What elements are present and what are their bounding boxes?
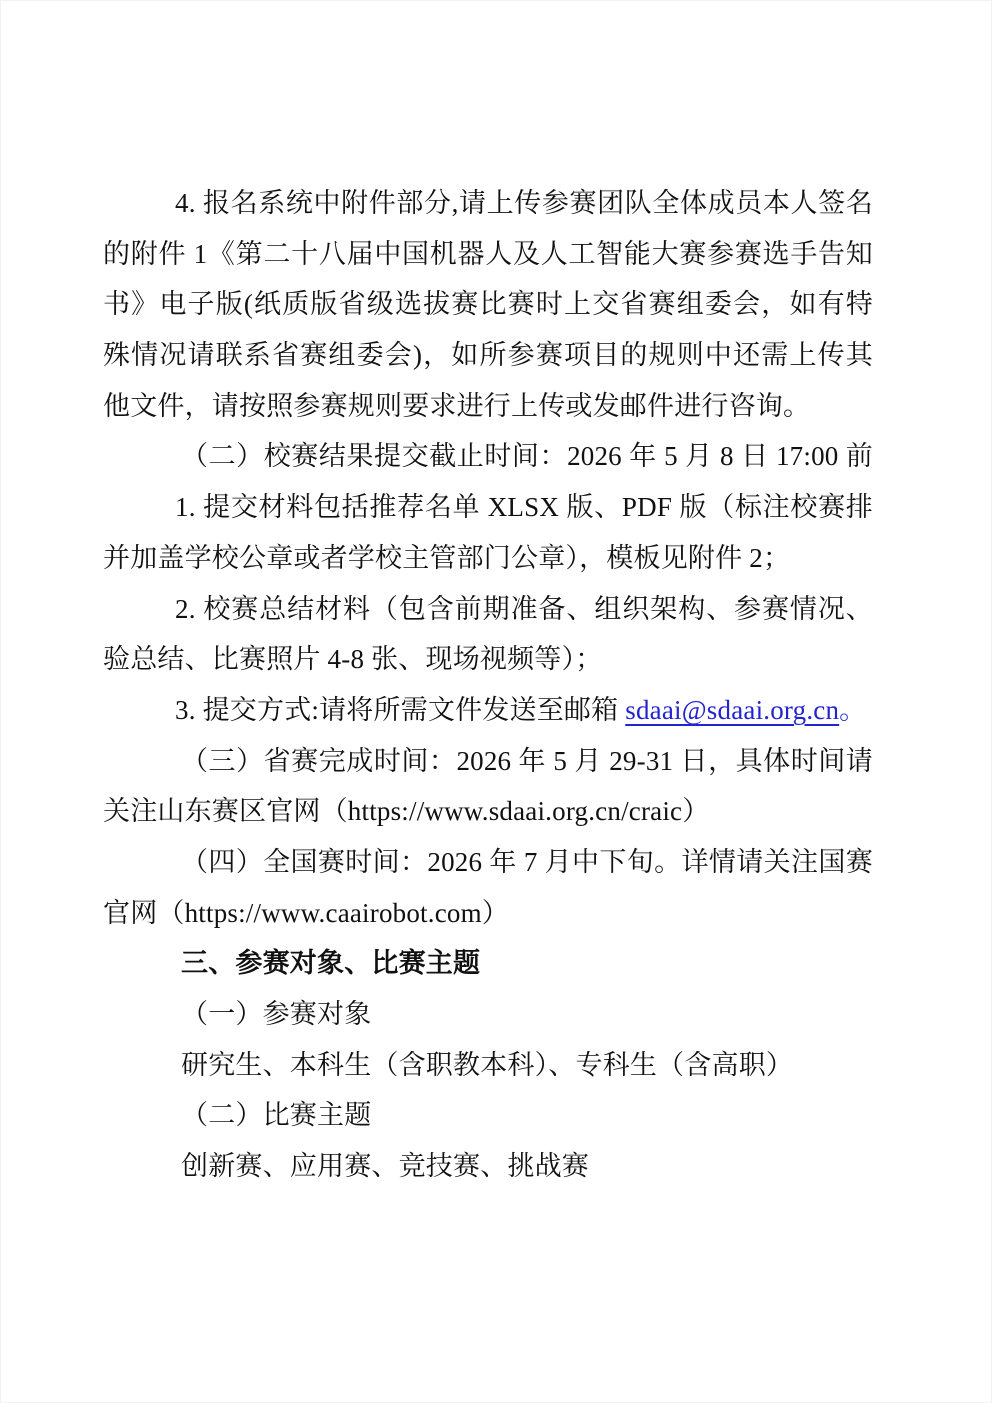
subsection-heading: （二）比赛主题 [103, 1090, 873, 1141]
text-line: （四）全国赛时间：2026 年 7 月中下旬。详情请关注国赛 [103, 837, 873, 888]
email-link[interactable]: sdaai@sdaai.org.cn [625, 695, 839, 725]
text-line: 殊情况请联系省赛组委会)，如所参赛项目的规则中还需上传其 [103, 330, 873, 381]
text-line: 3. 提交方式:请将所需文件发送至邮箱 sdaai@sdaai.org.cn。 [103, 685, 873, 736]
text-line: 书》电子版(纸质版省级选拔赛比赛时上交省赛组委会，如有特 [103, 279, 873, 330]
text-line: 创新赛、应用赛、竞技赛、挑战赛 [103, 1141, 873, 1192]
text-line: 4. 报名系统中附件部分,请上传参赛团队全体成员本人签名 [103, 178, 873, 229]
document-body: 4. 报名系统中附件部分,请上传参赛团队全体成员本人签名的附件 1《第二十八届中… [103, 178, 873, 1192]
national-site-line: 官网（https://www.caairobot.com） [103, 888, 873, 939]
text-line: 1. 提交材料包括推荐名单 XLSX 版、PDF 版（标注校赛排名 [103, 482, 873, 533]
text-line: 并加盖学校公章或者学校主管部门公章），模板见附件 2； [103, 533, 873, 584]
text-line: 他文件，请按照参赛规则要求进行上传或发邮件进行咨询。 [103, 381, 873, 432]
text-segment: 3. 提交方式:请将所需文件发送至邮箱 [175, 695, 625, 725]
text-line: 的附件 1《第二十八届中国机器人及人工智能大赛参赛选手告知 [103, 229, 873, 280]
text-line: 验总结、比赛照片 4-8 张、现场视频等）； [103, 634, 873, 685]
text-line: 研究生、本科生（含职教本科）、专科生（含高职） [103, 1040, 873, 1091]
text-segment: 。 [839, 695, 866, 725]
section-heading: 三、参赛对象、比赛主题 [103, 938, 873, 989]
text-line: 2. 校赛总结材料（包含前期准备、组织架构、参赛情况、经 [103, 584, 873, 635]
document-page: 4. 报名系统中附件部分,请上传参赛团队全体成员本人签名的附件 1《第二十八届中… [0, 0, 992, 1403]
subsection-heading: （一）参赛对象 [103, 989, 873, 1040]
shandong-site-line: 关注山东赛区官网（https://www.sdaai.org.cn/craic） [103, 786, 873, 837]
text-line: （二）校赛结果提交截止时间：2026 年 5 月 8 日 17:00 前 [103, 431, 873, 482]
text-line: （三）省赛完成时间：2026 年 5 月 29-31 日，具体时间请 [103, 736, 873, 787]
